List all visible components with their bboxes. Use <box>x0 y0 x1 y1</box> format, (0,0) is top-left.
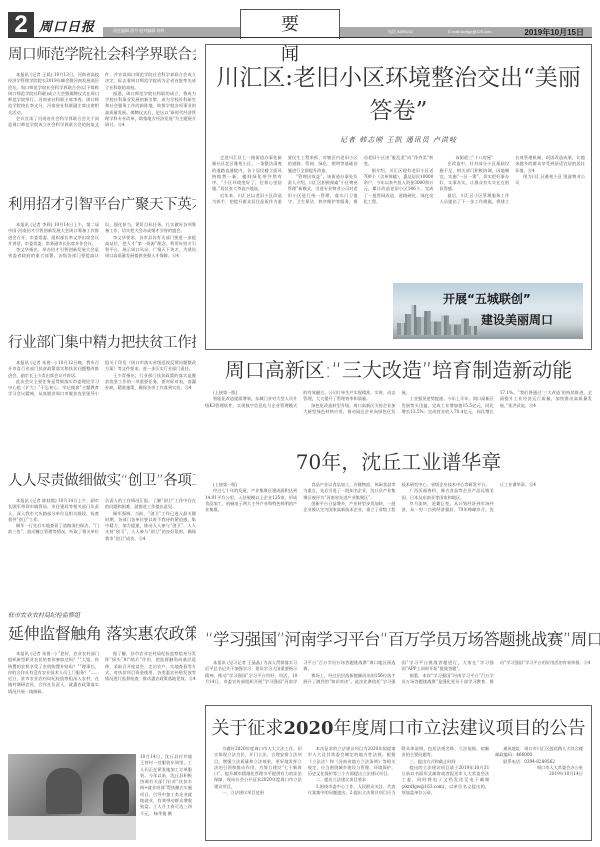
page-number: 2 <box>8 12 34 38</box>
editors-credit: 责任编辑 薛丹 校对编辑 周辉 <box>113 28 164 34</box>
photo-workbench <box>8 816 136 840</box>
paragraph: 广西沃福香料、豫吉食品等企业产品远销美国、日本及东南亚等国家和地区。 <box>402 488 494 501</box>
article-body: (上接第一版) 智能化改造提质增效。东城门业对大型人员升级K3管理软件，实现数字… <box>205 390 592 438</box>
city-skyline-illustration <box>397 305 477 335</box>
article-body: 本报讯 (见习记者 王晶晶) 为深入贯彻落实习近平总书记关于加强学习、建设学习大… <box>205 660 592 710</box>
masthead-rule <box>8 37 592 38</box>
paragraph: 本报讯 (记者 朱鲁一) “您好，农业农村部门组织新型职业农民培育你参加过吗？”… <box>8 651 99 695</box>
paragraph: 本报讯 (记者 王晨) 10月13日，河南省高校经济学管理学院院长2019年峰会… <box>8 72 99 116</box>
paragraph: 本次征求的立法建议项目为2020年拟提请市人大及其常委会制定的地方性法规。根据《… <box>308 746 396 777</box>
article-headline[interactable]: 周口高新区:“三大改造”培育制造新动能 <box>205 356 592 384</box>
article-kicker: 驻市农业农村局纪检监察组 <box>8 610 196 619</box>
article: 行业部门集中精力把扶贫工作抓到位 本报讯 (记者 朱鲁一) 10月12日晚，我市… <box>8 332 196 466</box>
article-headline[interactable]: 周口师范学院社会科学界联合会成立 <box>8 44 196 66</box>
banner-line-2: 建设美丽周口 <box>481 311 553 328</box>
feature-headline[interactable]: 川汇区:老旧小区环境整治交出“美丽答卷” <box>206 59 591 125</box>
paragraph: 顾军强调，当前，“创卫”工作已进入最关键时期，各部门各单位要以时不我待的紧迫感，… <box>105 511 196 542</box>
paragraph: 据介绍，川汇区现有老旧小区近700个（含单体楼），惠及居民10000余户，今年以… <box>364 168 434 206</box>
photo-worker-figure <box>103 774 129 814</box>
article-headline[interactable]: 延伸监督触角 落实惠农政策 <box>8 623 196 645</box>
banner-line-1: 开展“五城联创” <box>443 290 531 307</box>
photo-caption: 10月14日，沈丘县付井镇王营村一处服装车间里，工人们正在紧张地加工订单服装。今… <box>140 754 192 817</box>
headline-part: 关于征求 <box>211 718 283 739</box>
article-body: 本报讯 (记者 李莉) 10月14日上午，第二届中国·河南招才引智创新发展大会周… <box>8 222 196 328</box>
article-body: (上接第一版) 经过七十年的发展，产业集聚区建成面积达到14.91平方公里，入驻… <box>205 482 592 632</box>
article: 人人尽责做细做实“创卫”各项工作 本报讯 (记者 陈桂霞) 10月14日上午，副… <box>8 470 196 602</box>
paragraph: 在改造中，针对部分小区基础设施不足，相关部门积极协调，因地制宜，实施“一区一策”… <box>439 161 509 192</box>
headline-year: 2020 <box>283 718 333 739</box>
paragraph: 王少青指出，行业部门扶贫政策的落实是脱贫攻坚工作的一项重要任务，要对标对表，查漏… <box>105 373 196 392</box>
paragraph: 经过七十年的发展，产业集聚区建成面积达到14.91平方公里，入驻规模以上企业13… <box>205 488 297 513</box>
article: 70年，沈丘工业谱华章 (上接第一版) 经过七十年的发展，产业集聚区建成面积达到… <box>205 448 592 632</box>
paragraph: 为做好2020年度周口市人大立法工作，切实体现立法为民，开门立法，合理安排立法项… <box>214 746 302 790</box>
feature-body: 走进川汇区七一路街道办事处新湖社区北区雅苑小区，一条整洁清爽的道路直通院内，各个… <box>206 155 591 375</box>
article-headline[interactable]: 利用招才引智平台广聚天下英才 <box>8 194 196 216</box>
news-photo-garment-workshop <box>8 754 136 840</box>
byline: 记者 韩志刚 王凯 通讯员 卢洪岐 <box>206 135 591 145</box>
notice-date: 2019年10月14日 <box>495 771 583 777</box>
paragraph: 本报讯 (记者 李莉) 10月14日上午，第二届中国·河南招才引智创新发展大会周… <box>8 222 99 247</box>
paragraph: 李文华要求，各市县各有关部门要进一步提高站位，把人才“第一资源”理念，利用好招才… <box>105 235 196 260</box>
article: 周口师范学院社会科学界联合会成立 本报讯 (记者 王晨) 10月13日，河南省高… <box>8 44 196 190</box>
section-heading: 一、立法建议项目范围 <box>214 790 302 796</box>
article-headline[interactable]: “学习强国”河南学习平台“百万学员万场答题挑战赛”周口预选赛举行 <box>205 626 592 654</box>
phone-number: 电话 8399102 <box>388 29 413 35</box>
article-body: 本报讯 (记者 陈桂霞) 10月14日上午，副市长顾军带领市城管局、市住建局等相… <box>8 498 196 602</box>
article-body: 本报讯 (记者 王晨) 10月13日，河南省高校经济学管理学院院长2019年峰会… <box>8 72 196 190</box>
article-headline[interactable]: 行业部门集中精力把扶贫工作抓到位 <box>8 332 196 354</box>
photo-credit: 图为川汇区雅苑小区 凯旋物业公司 <box>515 174 585 187</box>
paper-name-logo: 周口日报 <box>39 16 95 35</box>
paragraph: 本报讯 (记者 朱鲁一) 10月12日晚，我市召开市直行业部门扶贫政策落实和扶贫… <box>8 360 99 379</box>
masthead: 2 周口日报 责任编辑 薛丹 校对编辑 周辉 要闻 电话 8399102 E-m… <box>8 6 592 38</box>
article: “学习强国”河南学习平台“百万学员万场答题挑战赛”周口预选赛举行 本报讯 (见习… <box>205 626 592 710</box>
feature-article-box: 川汇区:老旧小区环境整治交出“美丽答卷” 记者 韩志刚 王凯 通讯员 卢洪岐 走… <box>205 44 592 350</box>
paragraph: 提出的立法建议项目请于2019年10月31日前以书面形式邮寄或者报送市人大常委会… <box>402 765 490 796</box>
article: 周口高新区:“三大改造”培育制造新动能 (上接第一版) 智能化改造提质增效。东城… <box>205 356 592 438</box>
paragraph: 本报讯 (记者 陈桂霞) 10月14日上午，副市长顾军带领市城管局、市住建局等相… <box>8 498 99 523</box>
article-headline[interactable]: 70年，沈丘工业谱华章 <box>205 448 592 476</box>
section-title: 要闻 <box>240 9 340 39</box>
legislation-notice-box: 关于征求2020年度周口市立法建议项目的公告 为做好2020年度周口市人大立法工… <box>205 705 592 841</box>
article-body: 本报讯 (记者 朱鲁一) “您好，农业农村部门组织新型职业农民培育你参加过吗？”… <box>8 651 196 731</box>
article: 利用招才引智平台广聚天下英才 本报讯 (记者 李莉) 10月14日上午，第二届中… <box>8 194 196 328</box>
email-address: E-mail:zkrbgz@126.com <box>448 29 492 34</box>
five-cities-banner: 开展“五城联创” 建设美丽周口 <box>393 283 583 339</box>
article-headline[interactable]: 人人尽责做细做实“创卫”各项工作 <box>8 470 196 492</box>
paragraph: 据了解，驻市农业农村局纪检监察组充分发挥“探头”和“哨兵”作用，把监督触角向基层… <box>105 651 196 682</box>
left-column: 周口师范学院社会科学界联合会成立 本报讯 (记者 王晨) 10月13日，河南省高… <box>8 40 196 731</box>
paragraph: 走进川汇区七一路街道办事处新湖社区北区雅苑小区，一条整洁清爽的道路直通院内，各个… <box>212 155 282 193</box>
paragraph: 据悉，周口师范学院社科联的成立，将成为学校社科事业发展的新引擎，成为学校社科研究… <box>105 91 196 129</box>
photo-worker-figure <box>46 768 82 814</box>
article: 驻市农业农村局纪检监察组 延伸监督触角 落实惠农政策 本报讯 (记者 朱鲁一) … <box>8 610 196 731</box>
notice-headline[interactable]: 关于征求2020年度周口市立法建议项目的公告 <box>206 714 591 740</box>
paragraph: 食品产业以食品加工、冷链物流、休闲食品等为重点，先后引进了一批知名企业，沈丘县产… <box>303 482 395 501</box>
headline-part: 年度周口市立法建议项目的公告 <box>334 718 586 739</box>
contact-address: 通讯地址：周口市川汇区莲花路人大综合楼 邮政编码：466000 <box>495 746 583 759</box>
article-body: 本报讯 (记者 朱鲁一) 10月12日晚，我市召开市直行业部门扶贫政策落实和扶贫… <box>8 360 196 466</box>
notice-body: 为做好2020年度周口市人大立法工作，切实体现立法为民，开门立法，合理安排立法项… <box>206 746 591 840</box>
